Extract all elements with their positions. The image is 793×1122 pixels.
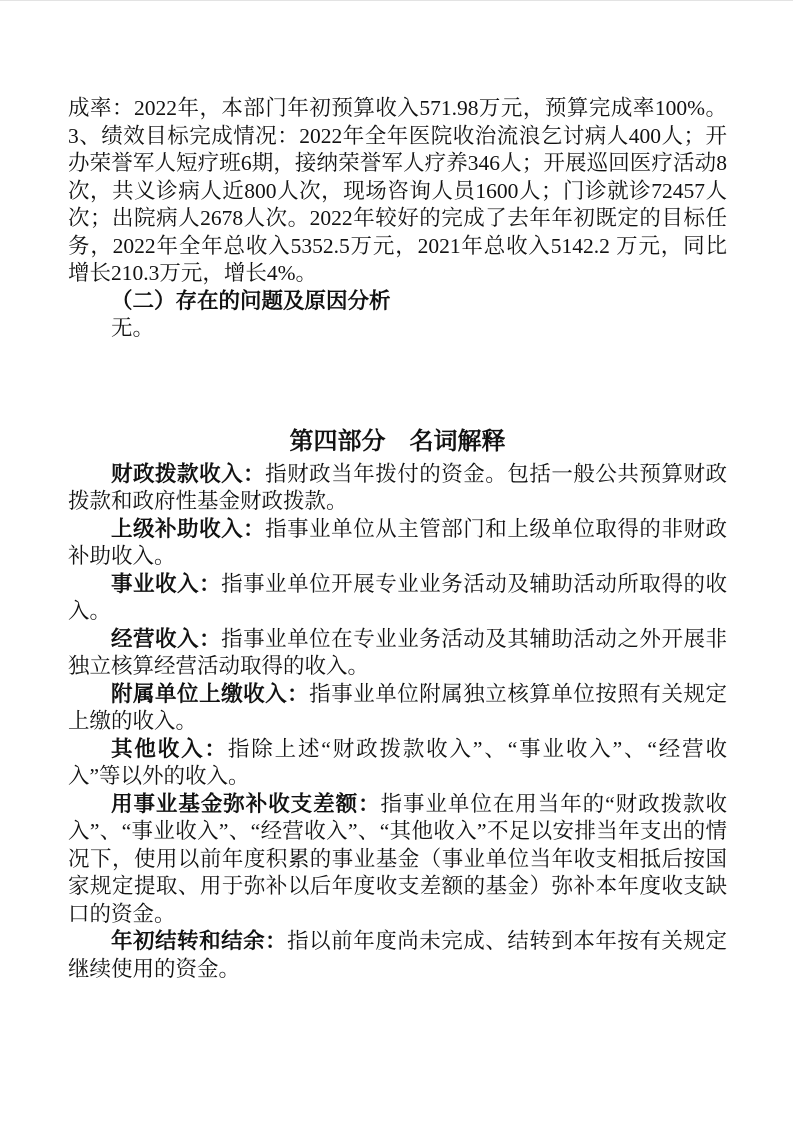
definition-term: 用事业基金弥补收支差额： [111,792,381,816]
definition-affiliated-unit-remittance-income: 附属单位上缴收入：指事业单位附属独立核算单位按照有关规定上缴的收入。 [68,681,727,736]
definition-business-income: 经营收入：指事业单位在专业业务活动及其辅助活动之外开展非独立核算经营活动取得的收… [68,626,727,681]
definition-beginning-year-carryover: 年初结转和结余：指以前年度尚未完成、结转到本年按有关规定继续使用的资金。 [68,928,727,983]
definition-term: 附属单位上缴收入： [111,682,309,706]
performance-continuation-paragraph: 成率：2022年，本部门年初预算收入571.98万元，预算完成率100%。3、绩… [68,95,727,288]
definition-superior-subsidy-income: 上级补助收入：指事业单位从主管部门和上级单位取得的非财政补助收入。 [68,516,727,571]
definition-other-income: 其他收入：指除上述“财政拨款收入”、“事业收入”、“经营收入”等以外的收入。 [68,736,727,791]
definition-term: 年初结转和结余： [111,929,287,953]
definition-fiscal-appropriation-income: 财政拨款收入：指财政当年拨付的资金。包括一般公共预算财政拨款和政府性基金财政拨款… [68,461,727,516]
problems-analysis-body: 无。 [68,315,727,343]
definition-term: 事业收入： [111,572,221,596]
section4-title: 第四部分 名词解释 [68,427,727,457]
definition-term: 财政拨款收入： [111,462,265,486]
definition-term: 其他收入： [111,737,228,761]
document-page: 成率：2022年，本部门年初预算收入571.98万元，预算完成率100%。3、绩… [0,0,793,1122]
definition-fund-deficit-coverage: 用事业基金弥补收支差额：指事业单位在用当年的“财政拨款收入”、“事业收入”、“经… [68,791,727,929]
definition-term: 上级补助收入： [111,517,265,541]
definition-term: 经营收入： [111,627,221,651]
problems-analysis-heading: （二）存在的问题及原因分析 [68,288,727,316]
definition-operating-unit-income: 事业收入：指事业单位开展专业业务活动及辅助活动所取得的收入。 [68,571,727,626]
